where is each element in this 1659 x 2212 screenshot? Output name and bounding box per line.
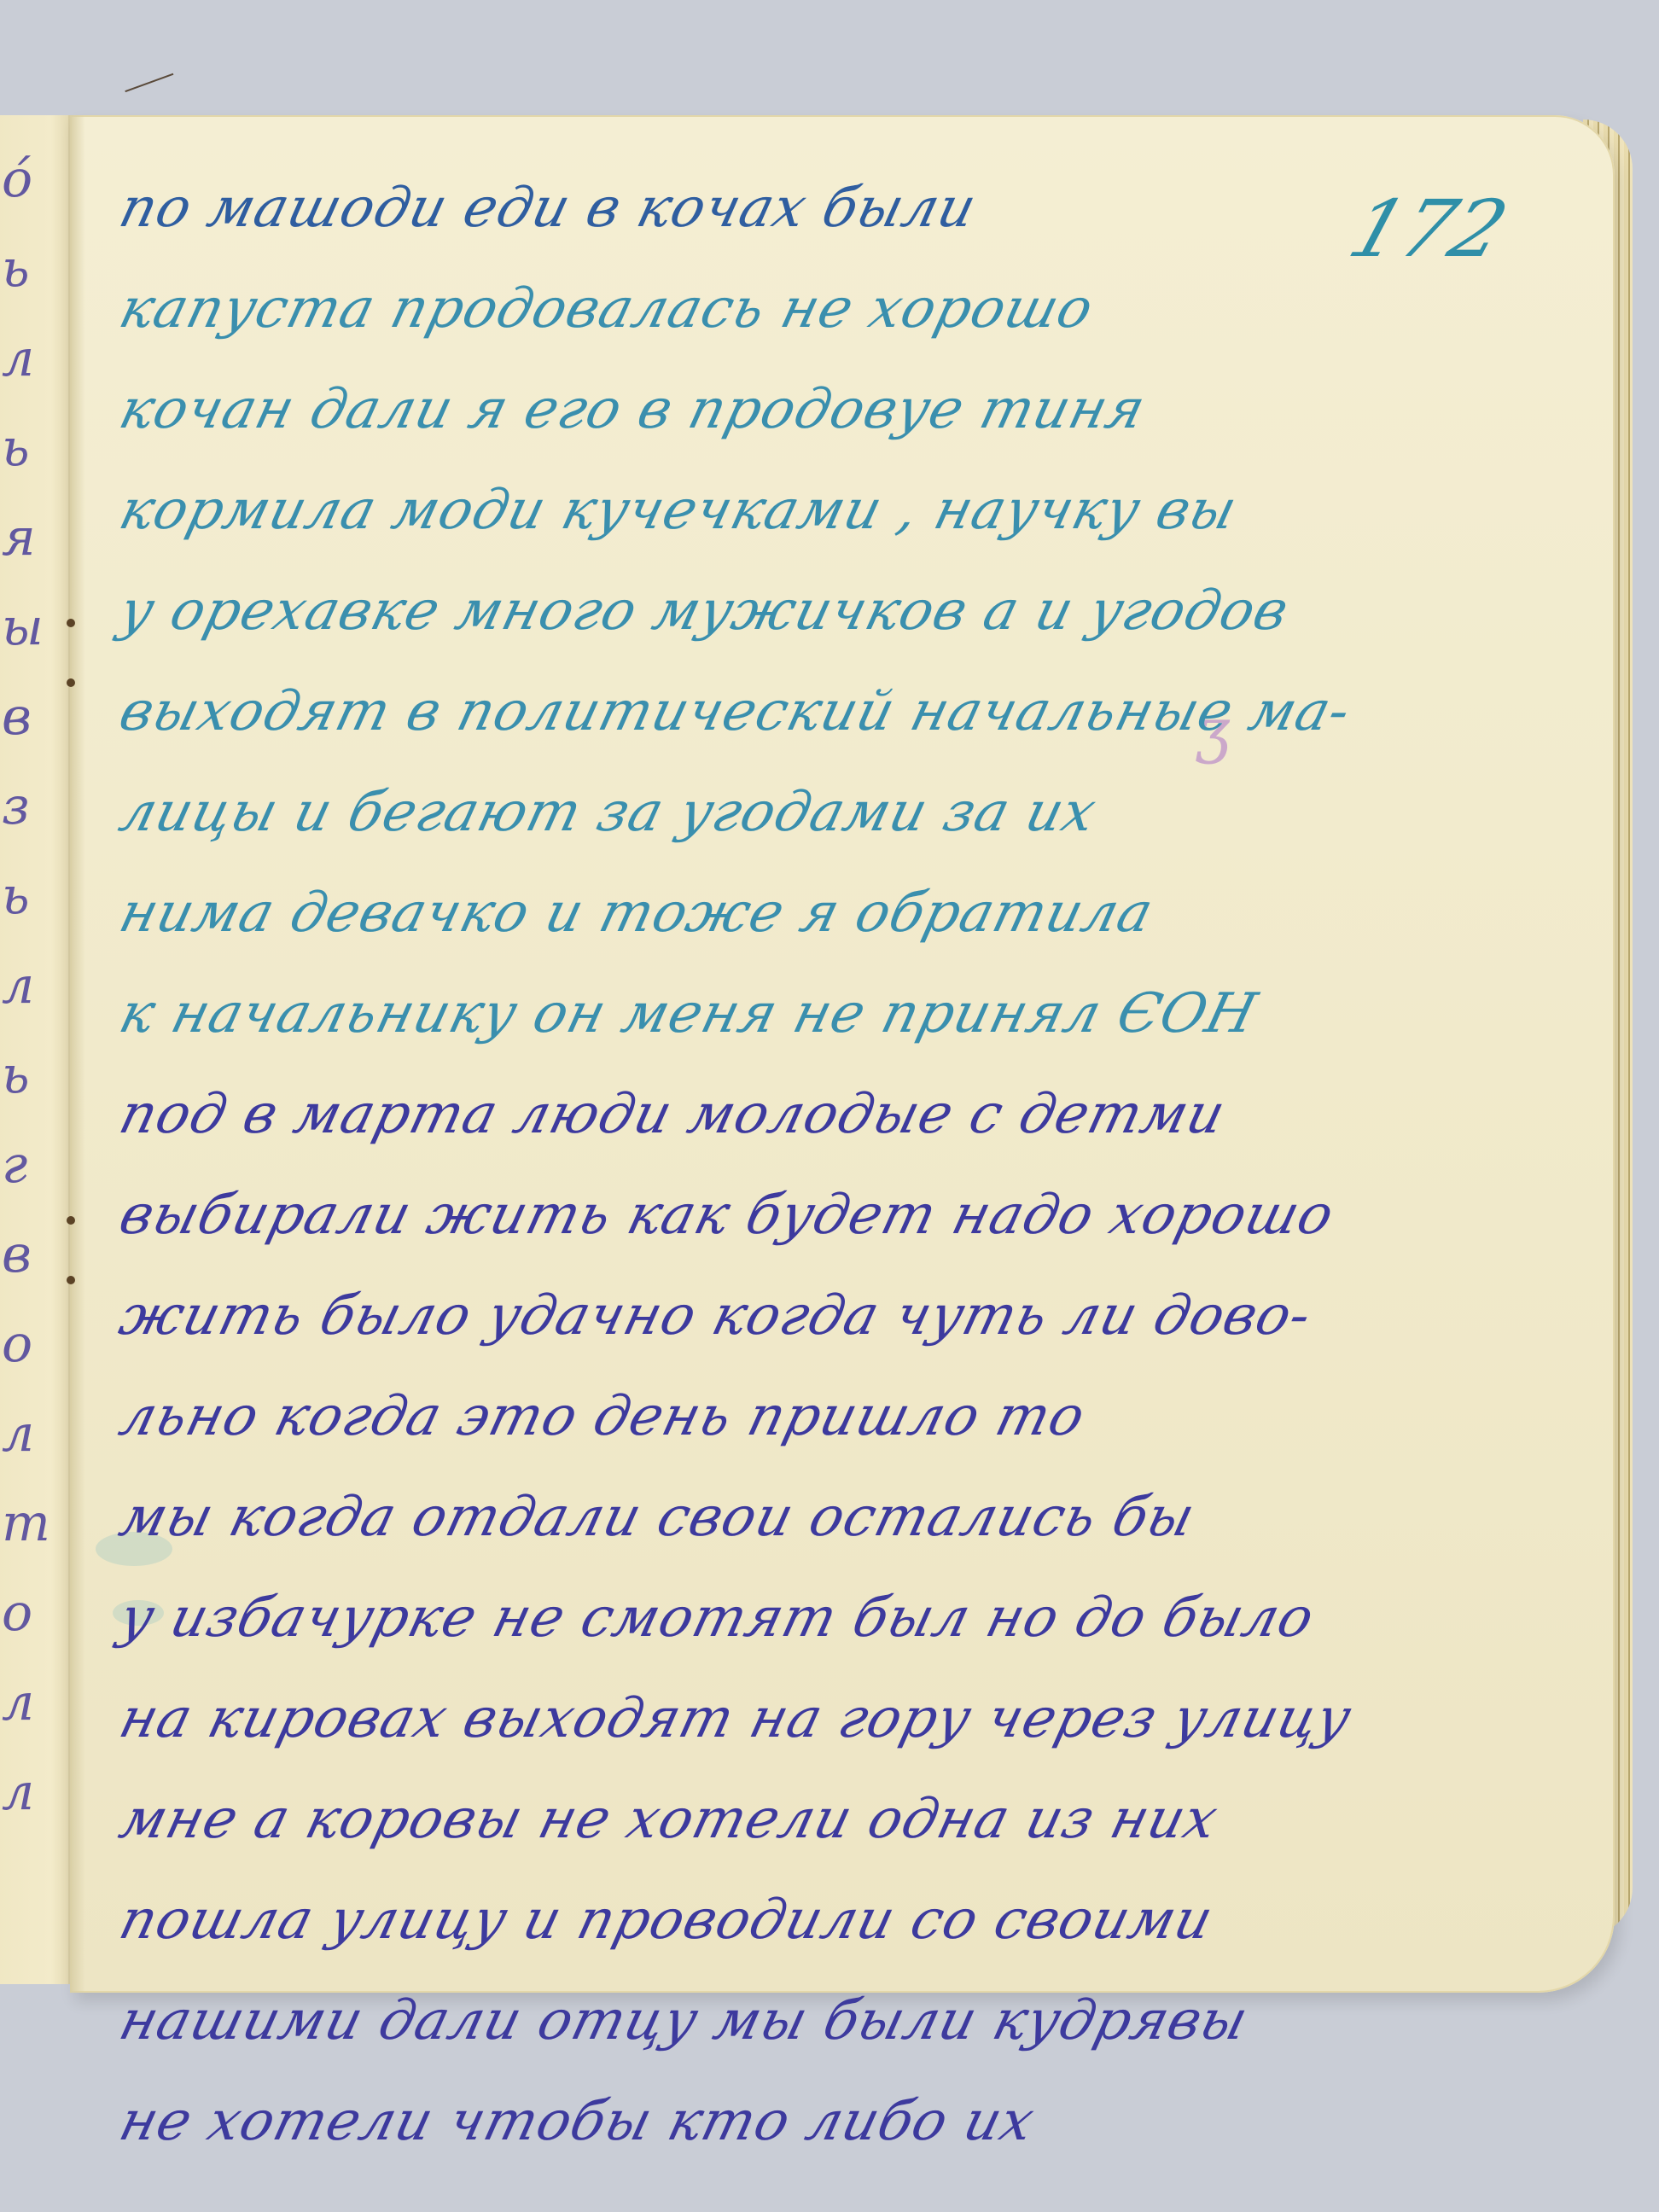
binding-stitch-hole (67, 619, 75, 627)
left-fragment: ь (2, 418, 30, 478)
text-line: мне а коровы не хотели одна из них (108, 1769, 1473, 1870)
text-line: нима девачко и тоже я обратила (108, 863, 1473, 963)
left-fragment: л (2, 1404, 34, 1464)
text-line: по машоди еди в кочах были (108, 158, 1473, 259)
left-fragment: т (2, 1493, 50, 1553)
left-fragment: я (2, 508, 36, 568)
text-line: к начальнику он меня не принял ЄОН (108, 963, 1473, 1064)
left-fragment: ы (2, 597, 44, 657)
left-fragment: л (2, 329, 34, 388)
text-line: на кировах выходят на гору через улицу (108, 1668, 1473, 1769)
text-line: у орехавке много мужичков а и угодов (108, 561, 1473, 661)
binding-stitch-hole (67, 678, 75, 687)
text-line: капуста продовалась не хорошо (108, 259, 1473, 359)
binding-gutter (70, 115, 85, 1993)
text-line: пошла улицу и проводили со своими (108, 1870, 1473, 1970)
text-line: не хотели чтобы кто либо их (108, 2071, 1473, 2172)
left-fragment: в (2, 1225, 32, 1284)
text-line: жить было удачно когда чуть ли дово- (108, 1266, 1473, 1366)
text-line: лицы и бегают за угодами за их (108, 762, 1473, 863)
binding-stitch-hole (67, 1216, 75, 1225)
left-fragment: о (2, 1314, 32, 1374)
left-fragment: ь (2, 866, 30, 926)
notebook-page: 172 ʒ по машоди еди в кочах были капуста… (70, 115, 1615, 1993)
binding-stitch-hole (67, 1276, 75, 1284)
text-line: нашими дали отцу мы были кудрявы (108, 1970, 1473, 2071)
text-line: кормила моди кучечками , научку вы (108, 460, 1473, 561)
left-fragment: л (2, 956, 34, 1016)
left-fragment: л (2, 1673, 34, 1732)
handwritten-text-block: по машоди еди в кочах были капуста продо… (121, 158, 1461, 2172)
left-fragment: г (2, 1135, 27, 1195)
facing-left-page: ó ь л ь я ы в з ь л ь г в о л т о л л (0, 115, 70, 1984)
left-fragment: о (2, 1583, 32, 1643)
text-line: мы когда отдали свои остались бы (108, 1467, 1473, 1568)
text-line: выходят в политический начальные ма- (108, 661, 1473, 762)
left-fragment: ó (2, 149, 32, 209)
text-line: у избачурке не смотят был но до было (108, 1568, 1473, 1668)
text-line: выбирали жить как будет надо хорошо (108, 1165, 1473, 1266)
text-line: кочан дали я его в продовуе тиня (108, 359, 1473, 460)
text-line: льно когда это день пришло то (108, 1366, 1473, 1467)
left-fragment: ь (2, 239, 30, 299)
pencil-stroke (125, 73, 182, 117)
left-fragment: л (2, 1762, 34, 1822)
left-fragment: ь (2, 1045, 30, 1105)
text-line: под в марта люди молодые с детми (108, 1064, 1473, 1165)
left-fragment: з (2, 777, 30, 836)
left-page-text-fragments: ó ь л ь я ы в з ь л ь г в о л т о л л (0, 115, 68, 1984)
left-fragment: в (2, 687, 32, 747)
